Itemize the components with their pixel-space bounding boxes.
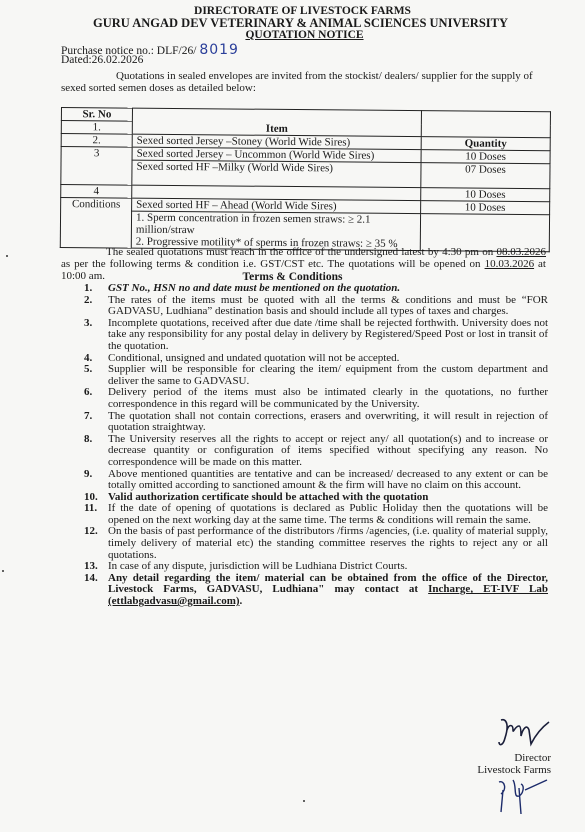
term-item: 14.Any detail regarding the item/ materi… [84,573,548,608]
header-sr-no: Sr. No [61,108,132,122]
handwritten-notice-number: 8019 [199,42,239,58]
signatory-title: Director [477,752,551,764]
term-item: 11.If the date of opening of quotations … [84,503,548,526]
conditions-label: Conditions [60,198,131,249]
term-item: 6.Delivery period of the items must also… [84,387,548,410]
term-item: 9.Above mentioned quantities are tentati… [84,469,548,492]
term-item: 8.The University reserves all the rights… [84,434,548,469]
signatory-department: Livestock Farms [477,764,551,776]
term-item: 7.The quotation shall not contain correc… [84,411,548,434]
term-item: 2.The rates of the items must be quoted … [84,295,548,318]
notice-title: QUOTATION NOTICE [12,30,585,42]
university-heading: GURU ANGAD DEV VETERINARY & ANIMAL SCIEN… [8,17,585,30]
term-item: 5.Supplier will be responsible for clear… [84,364,548,387]
scan-speck [303,800,305,802]
term-item: 3.Incomplete quotations, received after … [84,318,548,353]
due-date: 08.03.2026 [497,246,547,258]
initials-icon [491,776,551,816]
scan-speck [2,570,4,572]
opening-date: 10.03.2026 [485,258,535,270]
header-quantity: Quantity [421,137,550,151]
signature-icon [491,716,551,752]
terms-list: 1.GST No., HSN no and date must be menti… [84,283,548,608]
items-table: Sr. No 1. Item 2. Sexed sorted Jersey –S… [60,107,551,252]
scan-speck [6,255,8,257]
signature-block: Director Livestock Farms [477,716,551,816]
condition-concentration: 1. Sperm concentration in frozen semen s… [136,212,416,238]
term-item: 12.On the basis of past performance of t… [84,526,548,561]
intro-paragraph: Quotations in sealed envelopes are invit… [61,70,543,94]
notice-date: Dated:26.02.2026 [61,55,143,67]
quotation-notice-page: DIRECTORATE OF LIVESTOCK FARMS GURU ANGA… [0,0,585,832]
